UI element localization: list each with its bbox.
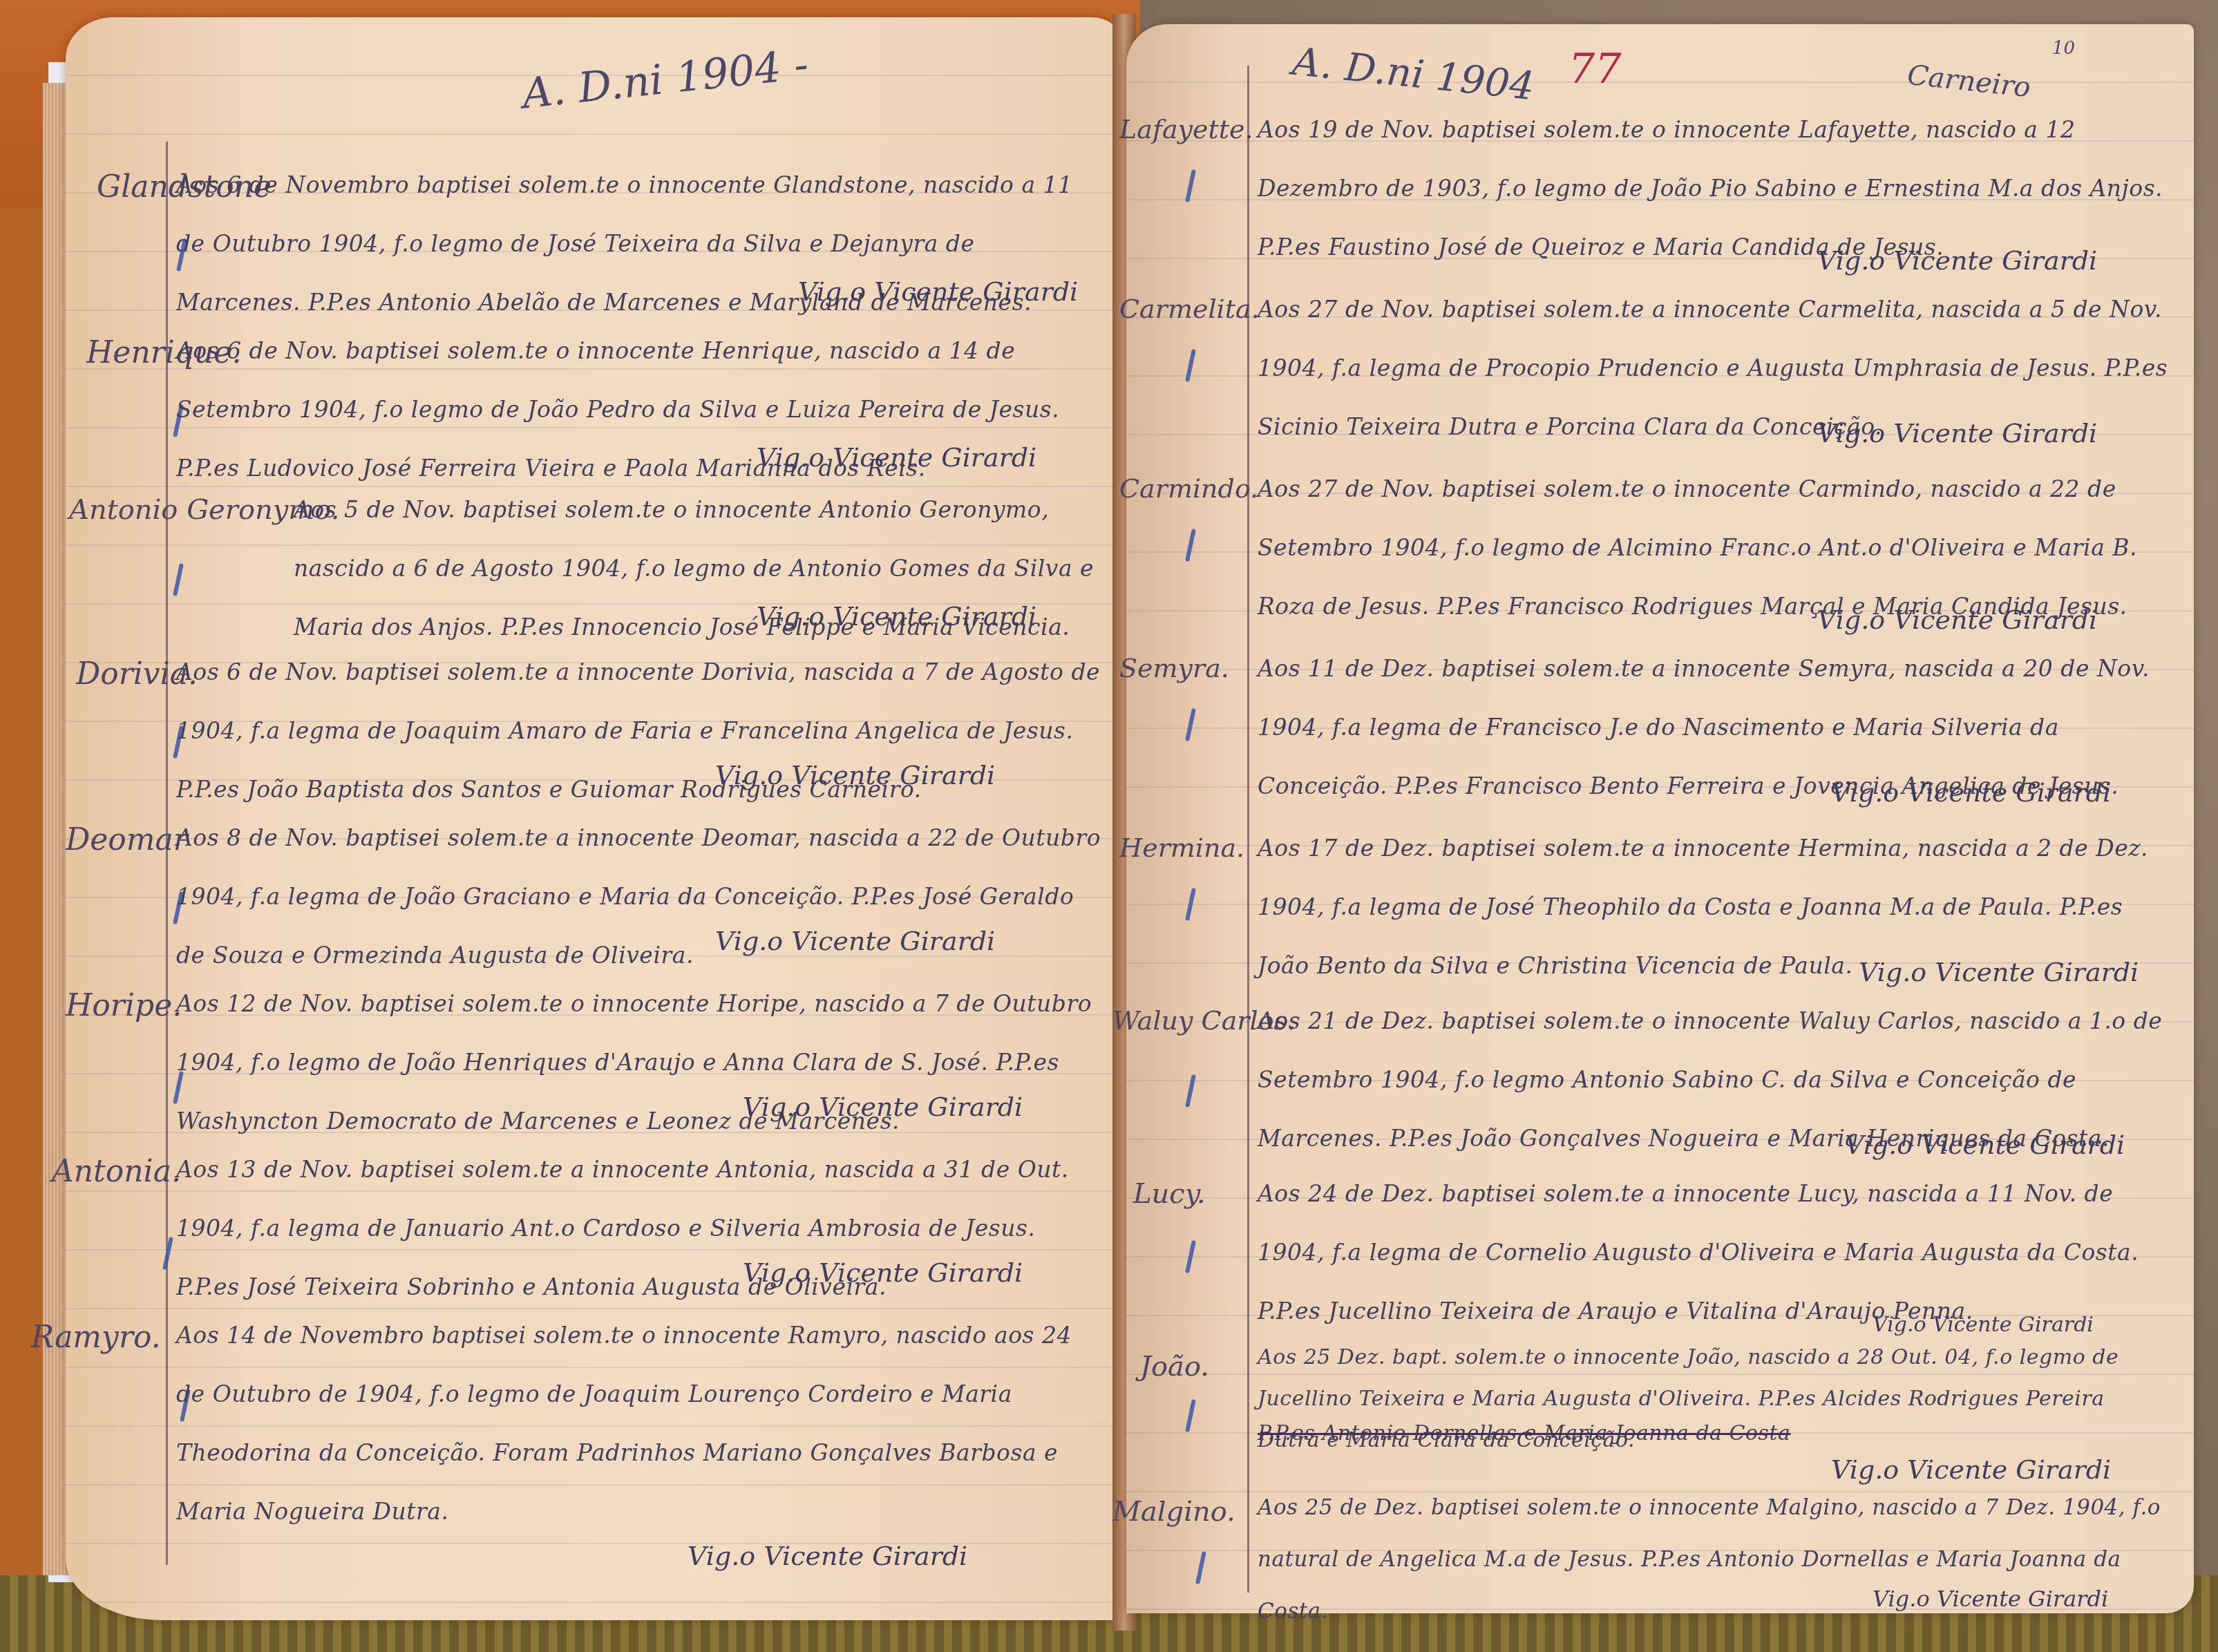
priest-signature: Vig.o Vicente Girardi (757, 442, 1036, 473)
tick-mark-icon (1185, 529, 1196, 562)
tick-mark-icon (1185, 169, 1196, 202)
corner-note: Carneiro (1906, 59, 2032, 104)
folio-number: 77 (1568, 45, 1621, 93)
entry-margin-name: Carmindo. (1119, 473, 1258, 504)
entry-margin-name: João. (1140, 1351, 1209, 1383)
entry-margin-name: Antonia. (52, 1154, 181, 1189)
priest-signature: Vig.o Vicente Girardi (1831, 1454, 2111, 1485)
entry-margin-name: Lucy. (1133, 1178, 1206, 1210)
tick-mark-icon (1195, 1551, 1206, 1584)
priest-signature: Vig.o Vicente Girardi (743, 1092, 1023, 1122)
left-page: A. D.ni 1904 - Glandstone Aos 6 de Novem… (66, 17, 1119, 1620)
tick-mark-icon (1185, 349, 1196, 382)
tick-mark-icon (1185, 1240, 1196, 1273)
priest-signature: Vig.o Vicente Girardi (1873, 1586, 2108, 1612)
priest-signature: Vig.o Vicente Girardi (715, 760, 995, 790)
entry-text: Aos 25 de Dez. baptisei solem.te o innoc… (1258, 1482, 2170, 1637)
struck-out-text: P.P.es Antonio Dornellas e Maria Joanna … (1258, 1420, 1879, 1447)
entry-margin-name: Malgino. (1112, 1496, 1235, 1528)
priest-signature: Vig.o Vicente Girardi (1817, 245, 2097, 276)
tick-mark-icon (173, 563, 184, 596)
page-header: A. D.ni 1904 (1291, 39, 1537, 109)
tick-mark-icon (1185, 708, 1196, 741)
right-page: A. D.ni 1904 77 Carneiro 10 Lafayette. A… (1126, 24, 2194, 1613)
page-header: A. D.ni 1904 - (520, 40, 811, 118)
priest-signature: Vig.o Vicente Girardi (743, 1257, 1023, 1288)
priest-signature: Vig.o Vicente Girardi (715, 926, 995, 956)
priest-signature: Vig.o Vicente Girardi (757, 601, 1036, 632)
entry-margin-name: Hermina. (1119, 833, 1244, 863)
tick-mark-icon (1185, 1074, 1196, 1108)
entry-text: Aos 13 de Nov. baptisei solem.te a innoc… (176, 1140, 1102, 1316)
priest-signature: Vig.o Vicente Girardi (1817, 418, 2097, 448)
entry-margin-name: Horipe. (66, 988, 182, 1023)
entry-text: Aos 8 de Nov. baptisei solem.te a innoce… (176, 808, 1102, 985)
entry-margin-name: Lafayette. (1119, 114, 1253, 144)
priest-signature: Vig.o Vicente Girardi (1817, 605, 2097, 635)
entry-margin-name: Deomar (66, 822, 188, 857)
entry-margin-name: Carmelita. (1119, 294, 1260, 324)
priest-signature: Vig.o Vicente Girardi (1831, 777, 2111, 808)
priest-signature: Vig.o Vicente Girardi (1859, 957, 2139, 987)
entry-text: Aos 14 de Novembro baptisei solem.te o i… (176, 1306, 1102, 1541)
entry-margin-name: Semyra. (1119, 653, 1229, 683)
entry-text: Aos 6 de Nov. baptisei solem.te a innoce… (176, 643, 1102, 819)
priest-signature: Vig.o Vicente Girardi (1845, 1130, 2125, 1160)
priest-signature: Vig.o Vicente Girardi (688, 1541, 967, 1571)
entry-margin-name: Ramyro. (31, 1320, 161, 1355)
tick-mark-icon (162, 1237, 173, 1270)
priest-signature: Vig.o Vicente Girardi (798, 276, 1078, 307)
entry-text: Aos 12 de Nov. baptisei solem.te o innoc… (176, 974, 1102, 1150)
corner-number: 10 (2052, 38, 2075, 59)
tick-mark-icon (1185, 1399, 1196, 1432)
priest-signature: Vig.o Vicente Girardi (1873, 1313, 2094, 1337)
tick-mark-icon (1185, 888, 1196, 921)
